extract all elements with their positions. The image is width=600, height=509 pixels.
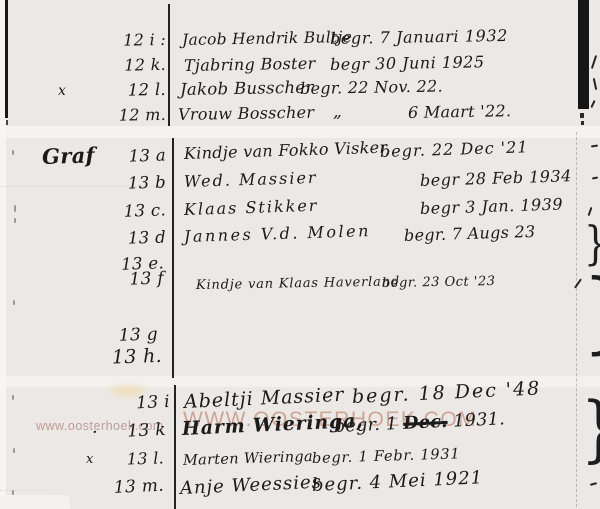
scan-join-band-top	[0, 126, 600, 138]
grave-number: 13 k	[118, 422, 167, 441]
entry-name: Jannes V.d. Molen	[184, 223, 371, 245]
grave-number: 13 c.	[114, 202, 166, 220]
entry-date: begr 28 Feb 1934	[420, 168, 572, 189]
entry-name: Wed. Massier	[184, 170, 318, 190]
grave-number: 13 l.	[112, 450, 164, 468]
grave-number: 13 d	[118, 229, 166, 247]
entry-date: begr. 23 Oct '23	[382, 275, 496, 290]
faint-ruled-line	[0, 490, 48, 491]
margin-tick	[13, 300, 15, 305]
margin-tick	[14, 205, 16, 212]
grave-number: 12 l.	[104, 82, 166, 100]
entry-date: begr. 1 Dec. 1931.	[334, 411, 506, 436]
grave-number: 13 i	[122, 394, 171, 413]
entry-date: begr. 22 Dec '21	[380, 139, 529, 160]
margin-tick	[12, 490, 14, 495]
page-corner-light	[0, 495, 70, 509]
grave-number: 13 f	[116, 270, 165, 288]
grave-number: 12 i :	[104, 32, 166, 49]
brace-icon: }	[583, 268, 600, 356]
brace-icon: }	[581, 392, 600, 464]
entry-date: begr 3 Jan. 1939	[420, 197, 564, 217]
dot-mark: ·	[92, 424, 98, 442]
right-edge-black-bar	[578, 0, 589, 109]
entry-name: Vrouw Bosscher	[178, 105, 315, 123]
grave-number: 13 a	[118, 147, 166, 165]
margin-tick	[12, 395, 14, 400]
grave-number: 13 h.	[96, 347, 163, 368]
entry-name: Anje Weessies	[180, 474, 323, 498]
margin-tick	[14, 218, 16, 223]
column-rule-bottom	[174, 385, 176, 509]
entry-date: begr. 1 Febr. 1931	[312, 447, 461, 466]
right-bar-dash	[580, 113, 584, 118]
entry-date: begr 30 Juni 1925	[330, 54, 485, 73]
scanned-register-page: www.oosterhoek.com WWW.OOSTERHOEK.COM 12…	[0, 0, 600, 509]
entry-name: Tjabring Boster	[184, 56, 316, 74]
cross-mark: x	[58, 84, 66, 98]
margin-tick	[13, 448, 15, 453]
grave-number: 13 g	[110, 326, 159, 344]
entry-date-pre: begr. 1	[334, 414, 404, 437]
right-bar-dash	[581, 121, 584, 125]
edge-fragment	[591, 145, 598, 148]
edge-fragment	[590, 100, 595, 108]
entry-date: 6 Maart '22.	[408, 103, 512, 121]
grave-number: 13 b	[118, 174, 166, 192]
entry-date: begr. 4 Mei 1921	[312, 469, 484, 495]
entry-date-post: 1931.	[447, 409, 505, 432]
edge-fragment	[592, 176, 598, 179]
edge-fragment	[591, 55, 597, 69]
margin-tick	[12, 150, 14, 155]
grave-number: 13 m.	[112, 478, 165, 497]
left-border-line	[5, 0, 8, 118]
left-border-tail	[6, 120, 8, 125]
edge-fragment	[588, 207, 593, 216]
entry-date: begr. 22 Nov. 22.	[300, 79, 443, 97]
edge-fragment	[590, 482, 597, 486]
column-rule-middle	[172, 138, 174, 378]
right-dotted-rule	[576, 132, 577, 507]
entry-name: Jakob Busscher	[180, 80, 314, 99]
grave-number: 12 k.	[104, 57, 166, 74]
grave-number: 12 m.	[100, 107, 166, 124]
edge-fragment	[593, 78, 597, 90]
ditto-mark: „	[333, 104, 342, 121]
entry-name: Kindje van Fokko Visker,	[184, 140, 391, 162]
entry-name: Jacob Hendrik Bultje	[182, 30, 352, 48]
entry-date-struck: Dec.	[403, 412, 448, 434]
graf-label: Graf	[42, 144, 95, 167]
column-rule-top	[168, 4, 170, 126]
cross-mark: x	[86, 453, 94, 466]
entry-name: Klaas Stikker	[184, 198, 319, 218]
entry-date: begr. 7 Januari 1932	[330, 28, 508, 47]
entry-name: Kindje van Klaas Haverland	[196, 275, 400, 292]
entry-name: Marten Wieringa	[183, 450, 313, 469]
entry-date: begr. 7 Augs 23	[404, 224, 536, 244]
